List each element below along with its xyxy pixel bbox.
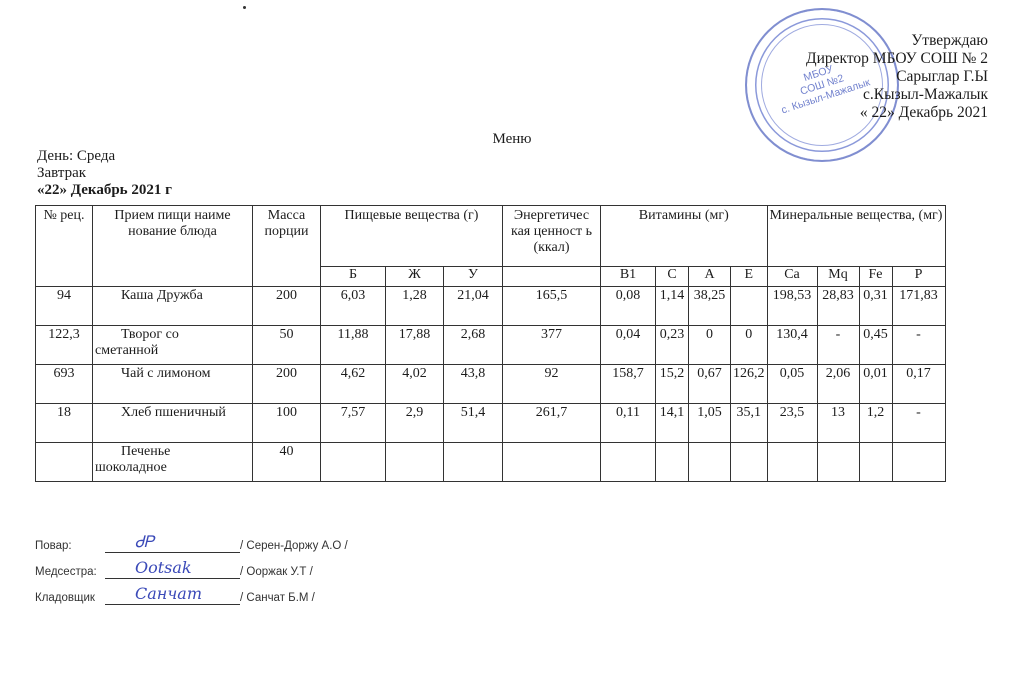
header-vitamins: Витамины (мг) — [601, 206, 768, 267]
meal-label: Завтрак — [37, 165, 172, 182]
cell-energy: 92 — [503, 365, 601, 404]
cell-dish: Печеньешоколадное — [93, 443, 253, 482]
approval-block: Утверждаю Директор МБОУ СОШ № 2 Сарыглар… — [806, 32, 988, 122]
header-energy: Энергетичес кая ценност ь (ккал) — [503, 206, 601, 267]
scan-speck — [243, 6, 246, 9]
page-title: Меню — [0, 131, 1024, 148]
cell-fe — [859, 443, 892, 482]
dish-name-line1: Чай с лимоном — [95, 366, 250, 382]
cell-fe: 0,45 — [859, 326, 892, 365]
signature-role: Кладовщик — [35, 592, 95, 604]
cell-fe: 0,01 — [859, 365, 892, 404]
signature-name: / Санчат Б.М / — [240, 592, 315, 604]
cell-recipe-no — [36, 443, 93, 482]
signature-role: Повар: — [35, 540, 72, 552]
cell-e: 35,1 — [731, 404, 768, 443]
handwritten-signature: ᏧᏢ — [135, 532, 154, 552]
approval-date: « 22» Декабрь 2021 — [806, 104, 988, 122]
menu-table: № рец. Прием пищи наиме нование блюда Ма… — [35, 205, 946, 482]
cell-ca: 0,05 — [767, 365, 817, 404]
cell-e — [731, 443, 768, 482]
dish-name-line1: Каша Дружба — [95, 288, 250, 304]
signature-name: / Ооржак У.Т / — [240, 566, 313, 578]
approval-name: Сарыглар Г.Ы — [806, 68, 988, 86]
cell-c: 14,1 — [656, 404, 689, 443]
cell-fe: 1,2 — [859, 404, 892, 443]
subheader-u: У — [444, 267, 503, 287]
cell-zh: 17,88 — [386, 326, 444, 365]
cell-ca — [767, 443, 817, 482]
header-recipe-no: № рец. — [36, 206, 93, 287]
cell-p: 0,17 — [892, 365, 945, 404]
signature-line — [105, 552, 240, 553]
cell-a: 1,05 — [689, 404, 731, 443]
cell-recipe-no: 18 — [36, 404, 93, 443]
cell-b — [321, 443, 386, 482]
header-dish: Прием пищи наиме нование блюда — [93, 206, 253, 287]
cell-energy: 377 — [503, 326, 601, 365]
cell-recipe-no: 122,3 — [36, 326, 93, 365]
subheader-ca: Ca — [767, 267, 817, 287]
cell-recipe-no: 693 — [36, 365, 93, 404]
cell-u — [444, 443, 503, 482]
cell-p: 171,83 — [892, 287, 945, 326]
day-label: День: Среда — [37, 148, 172, 165]
date-label: «22» Декабрь 2021 г — [37, 182, 172, 199]
approval-line: Утверждаю — [806, 32, 988, 50]
table-row: 693Чай с лимоном2004,624,0243,892158,715… — [36, 365, 946, 404]
cell-mass: 200 — [253, 287, 321, 326]
cell-a: 0 — [689, 326, 731, 365]
cell-dish: Творог сосметанной — [93, 326, 253, 365]
cell-u: 21,04 — [444, 287, 503, 326]
cell-b1: 0,11 — [601, 404, 656, 443]
table-row: 18Хлеб пшеничный1007,572,951,4261,70,111… — [36, 404, 946, 443]
cell-b: 4,62 — [321, 365, 386, 404]
cell-b1 — [601, 443, 656, 482]
cell-mass: 200 — [253, 365, 321, 404]
cell-c — [656, 443, 689, 482]
handwritten-signature: Санчат — [135, 584, 202, 603]
cell-dish: Каша Дружба — [93, 287, 253, 326]
signature-line — [105, 578, 240, 579]
cell-p: - — [892, 404, 945, 443]
subheader-mq: Mq — [817, 267, 859, 287]
cell-u: 51,4 — [444, 404, 503, 443]
cell-e — [731, 287, 768, 326]
table-row: 94Каша Дружба2006,031,2821,04165,50,081,… — [36, 287, 946, 326]
header-minerals: Минеральные вещества, (мг) — [767, 206, 945, 267]
cell-dish: Чай с лимоном — [93, 365, 253, 404]
subheader-a: A — [689, 267, 731, 287]
cell-ca: 130,4 — [767, 326, 817, 365]
subheader-c: C — [656, 267, 689, 287]
cell-mq: 2,06 — [817, 365, 859, 404]
cell-b1: 0,04 — [601, 326, 656, 365]
subheader-p: P — [892, 267, 945, 287]
cell-ca: 23,5 — [767, 404, 817, 443]
approval-director: Директор МБОУ СОШ № 2 — [806, 50, 988, 68]
cell-b1: 0,08 — [601, 287, 656, 326]
cell-b: 6,03 — [321, 287, 386, 326]
cell-mq: - — [817, 326, 859, 365]
cell-b: 7,57 — [321, 404, 386, 443]
cell-zh: 1,28 — [386, 287, 444, 326]
cell-e: 126,2 — [731, 365, 768, 404]
signature-role: Медсестра: — [35, 566, 97, 578]
subheader-b1: B1 — [601, 267, 656, 287]
cell-energy — [503, 443, 601, 482]
cell-a — [689, 443, 731, 482]
dish-name-line1: Печенье — [95, 444, 250, 460]
approval-place: с.Кызыл-Мажалык — [806, 86, 988, 104]
cell-energy: 261,7 — [503, 404, 601, 443]
cell-e: 0 — [731, 326, 768, 365]
cell-ca: 198,53 — [767, 287, 817, 326]
cell-mass: 100 — [253, 404, 321, 443]
dish-name-line1: Творог со — [95, 327, 250, 343]
dish-name-line1: Хлеб пшеничный — [95, 405, 250, 421]
cell-energy: 165,5 — [503, 287, 601, 326]
signature-line — [105, 604, 240, 605]
cell-a: 38,25 — [689, 287, 731, 326]
cell-b: 11,88 — [321, 326, 386, 365]
cell-a: 0,67 — [689, 365, 731, 404]
dish-name-line2: шоколадное — [95, 460, 167, 475]
table-header-row: № рец. Прием пищи наиме нование блюда Ма… — [36, 206, 946, 267]
cell-zh — [386, 443, 444, 482]
subheader-zh: Ж — [386, 267, 444, 287]
cell-fe: 0,31 — [859, 287, 892, 326]
cell-mass: 50 — [253, 326, 321, 365]
dish-name-line2: сметанной — [95, 343, 158, 358]
menu-meta: День: Среда Завтрак «22» Декабрь 2021 г — [37, 148, 172, 199]
cell-mq — [817, 443, 859, 482]
table-row: Печеньешоколадное40 — [36, 443, 946, 482]
cell-p — [892, 443, 945, 482]
cell-u: 2,68 — [444, 326, 503, 365]
subheader-energy-empty — [503, 267, 601, 287]
cell-zh: 4,02 — [386, 365, 444, 404]
cell-recipe-no: 94 — [36, 287, 93, 326]
subheader-e: E — [731, 267, 768, 287]
cell-c: 15,2 — [656, 365, 689, 404]
header-mass: Масса порции — [253, 206, 321, 287]
cell-zh: 2,9 — [386, 404, 444, 443]
subheader-b: Б — [321, 267, 386, 287]
handwritten-signature: Ootsak — [135, 558, 192, 577]
table-row: 122,3Творог сосметанной5011,8817,882,683… — [36, 326, 946, 365]
cell-p: - — [892, 326, 945, 365]
cell-dish: Хлеб пшеничный — [93, 404, 253, 443]
cell-mq: 28,83 — [817, 287, 859, 326]
cell-c: 0,23 — [656, 326, 689, 365]
cell-u: 43,8 — [444, 365, 503, 404]
subheader-fe: Fe — [859, 267, 892, 287]
cell-mass: 40 — [253, 443, 321, 482]
signature-name: / Серен-Доржу А.О / — [240, 540, 348, 552]
cell-mq: 13 — [817, 404, 859, 443]
header-nutrients: Пищевые вещества (г) — [321, 206, 503, 267]
cell-c: 1,14 — [656, 287, 689, 326]
cell-b1: 158,7 — [601, 365, 656, 404]
